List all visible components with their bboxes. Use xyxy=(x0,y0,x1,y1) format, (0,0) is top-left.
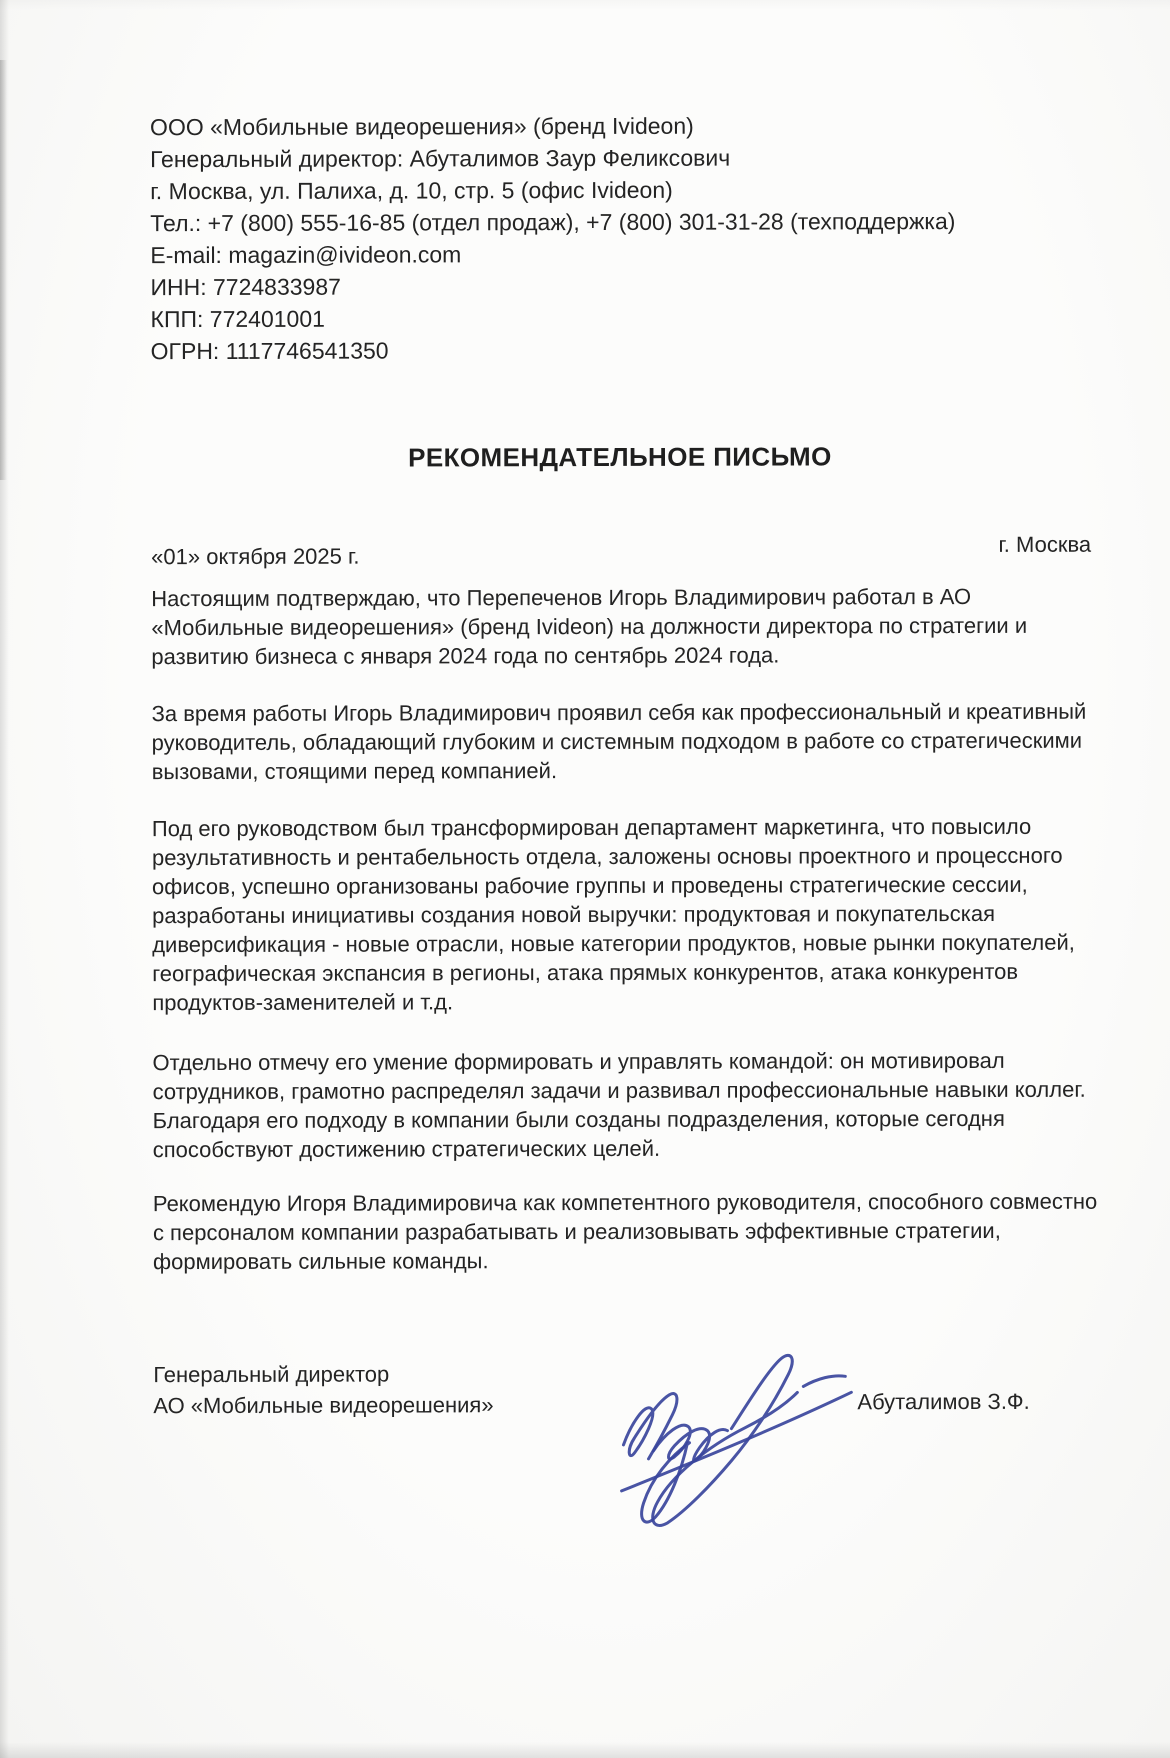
inn-line: ИНН: 7724833987 xyxy=(150,269,955,303)
date-city-row: «01» октября 2025 г. г. Москва xyxy=(151,532,1091,570)
kpp-line: КПП: 772401001 xyxy=(150,301,955,335)
signer-position-line2: АО «Мобильные видеорешения» xyxy=(153,1389,493,1421)
paragraph-qualities: За время работы Игорь Владимирович прояв… xyxy=(152,697,1100,786)
address-line: г. Москва, ул. Палиха, д. 10, стр. 5 (оф… xyxy=(150,173,955,207)
email-line: E-mail: magazin@ivideon.com xyxy=(150,237,955,271)
ceo-line: Генеральный директор: Абуталимов Заур Фе… xyxy=(150,141,955,175)
signature-ink xyxy=(607,1330,860,1536)
signer-position-line1: Генеральный директор xyxy=(153,1358,493,1390)
signer-name: Абуталимов З.Ф. xyxy=(857,1389,1029,1415)
company-name: ООО «Мобильные видеорешения» (бренд Ivid… xyxy=(150,109,955,143)
paragraph-team: Отдельно отмечу его умение формировать и… xyxy=(152,1046,1100,1164)
paragraph-recommendation: Рекомендую Игоря Владимировича как компе… xyxy=(153,1187,1101,1276)
letter-date: «01» октября 2025 г. xyxy=(151,534,359,571)
signer-position: Генеральный директор АО «Мобильные видео… xyxy=(153,1358,493,1421)
company-header: ООО «Мобильные видеорешения» (бренд Ivid… xyxy=(150,109,956,367)
paragraph-achievements: Под его руководством был трансформирован… xyxy=(152,812,1101,1017)
letter-body: Настоящим подтверждаю, что Перепеченов И… xyxy=(151,582,1101,1276)
paragraph-employment: Настоящим подтверждаю, что Перепеченов И… xyxy=(151,582,1099,671)
scanned-letter-page: ООО «Мобильные видеорешения» (бренд Ivid… xyxy=(0,0,1170,1758)
phone-line: Тел.: +7 (800) 555-16-85 (отдел продаж),… xyxy=(150,205,955,239)
letter-content: ООО «Мобильные видеорешения» (бренд Ivid… xyxy=(0,0,1170,1758)
ogrn-line: ОГРН: 1117746541350 xyxy=(151,333,956,367)
letter-title: РЕКОМЕНДАТЕЛЬНОЕ ПИСЬМО xyxy=(151,441,1089,474)
letter-city: г. Москва xyxy=(998,532,1091,558)
